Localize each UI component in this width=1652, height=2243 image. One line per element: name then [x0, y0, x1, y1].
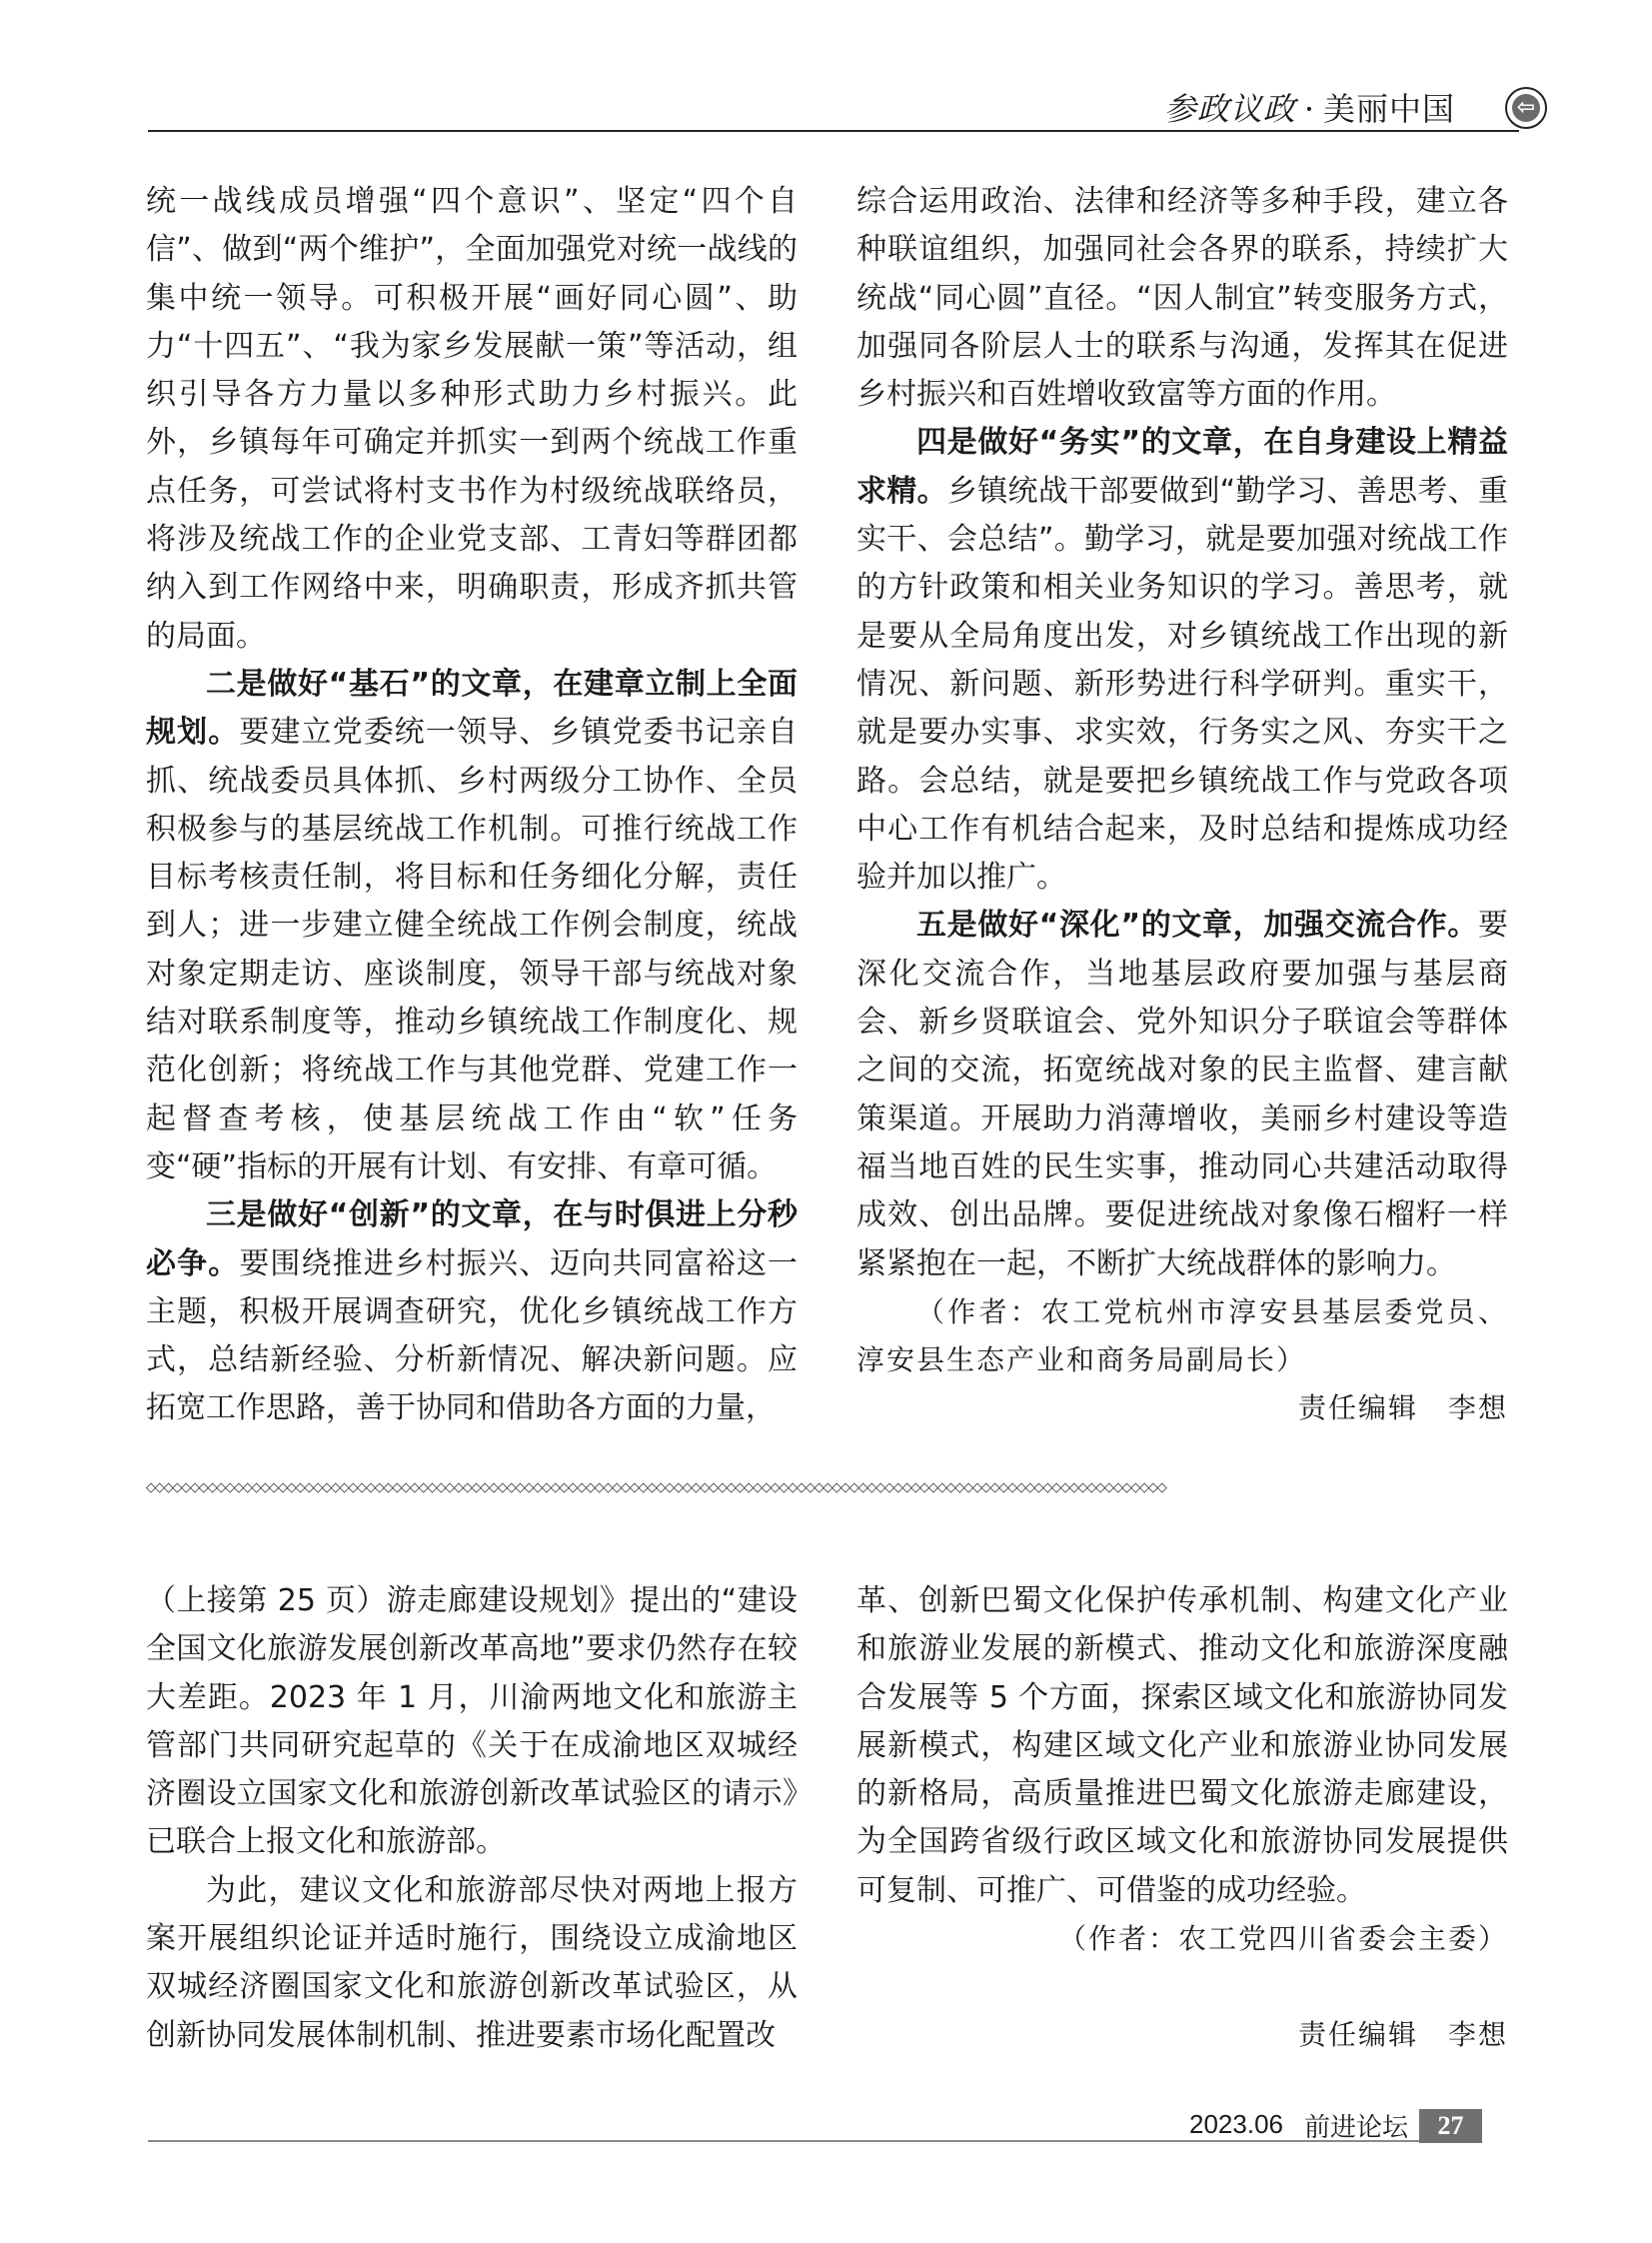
paragraph: （上接第 25 页）游走廊建设规划》提出的“建设全国文化旅游发展创新改革高地”要…: [146, 1577, 798, 1867]
article1-left-column: 统一战线成员增强“四个意识”、坚定“四个自信”、做到“两个维护”，全面加强党对统…: [146, 178, 798, 1433]
header-rule: [148, 130, 1519, 132]
article2-left-column: （上接第 25 页）游走廊建设规划》提出的“建设全国文化旅游发展创新改革高地”要…: [146, 1577, 798, 2060]
paragraph-lead: 五是做好“深化”的文章，加强交流合作。: [916, 908, 1478, 943]
header-section-name: 美丽中国: [1323, 90, 1455, 128]
paragraph-body: 要围绕推进乡村振兴、迈向共同富裕这一主题，积极开展调查研究，优化乡镇统战工作方式…: [146, 1246, 798, 1426]
paragraph-body: 要建立党委统一领导、乡镇党委书记亲自抓、统战委员具体抓、乡村两级分工协作、全员积…: [146, 715, 798, 1184]
issue-date: 2023.06: [1189, 2109, 1283, 2140]
author-byline: （作者：农工党四川省委会主委）: [856, 1915, 1508, 1963]
paragraph-with-lead: 五是做好“深化”的文章，加强交流合作。要深化交流合作，当地基层政府要加强与基层商…: [856, 902, 1508, 1287]
paragraph-with-lead: 二是做好“基石”的文章，在建章立制上全面规划。要建立党委统一领导、乡镇党委书记亲…: [146, 661, 798, 1191]
footer-rule: [148, 2140, 1420, 2142]
back-arrow-glyph: ⇦: [1512, 94, 1540, 122]
editor-label: 责任编辑: [1298, 2018, 1418, 2051]
paragraph-with-lead: 三是做好“创新”的文章，在与时俱进上分秒必争。要围绕推进乡村振兴、迈向共同富裕这…: [146, 1191, 798, 1432]
paragraph: 为此，建议文化和旅游部尽快对两地上报方案开展组织论证并适时施行，围绕设立成渝地区…: [146, 1867, 798, 2060]
paragraph: 统一战线成员增强“四个意识”、坚定“四个自信”、做到“两个维护”，全面加强党对统…: [146, 178, 798, 661]
page-number: 27: [1419, 2109, 1482, 2143]
back-arrow-circle-icon: ⇦: [1505, 87, 1547, 129]
header-column-name: 参政议政: [1164, 90, 1296, 128]
diamond-separator: ◇◇◇◇◇◇◇◇◇◇◇◇◇◇◇◇◇◇◇◇◇◇◇◇◇◇◇◇◇◇◇◇◇◇◇◇◇◇◇◇…: [146, 1481, 1505, 1495]
magazine-name: 前进论坛: [1304, 2107, 1408, 2144]
spacer: [856, 1963, 1508, 2011]
paragraph-with-lead: 四是做好“务实”的文章，在自身建设上精益求精。乡镇统战干部要做到“勤学习、善思考…: [856, 419, 1508, 902]
paragraph: 综合运用政治、法律和经济等多种手段，建立各种联谊组织，加强同社会各界的联系，持续…: [856, 178, 1508, 419]
responsible-editor: 责任编辑李想: [856, 1384, 1508, 1432]
article1-right-column: 综合运用政治、法律和经济等多种手段，建立各种联谊组织，加强同社会各界的联系，持续…: [856, 178, 1508, 1433]
paragraph: 革、创新巴蜀文化保护传承机制、构建文化产业和旅游业发展的新模式、推动文化和旅游深…: [856, 1577, 1508, 1915]
editor-label: 责任编辑: [1298, 1391, 1418, 1424]
editor-name: 李想: [1448, 2018, 1508, 2051]
editor-name: 李想: [1448, 1391, 1508, 1424]
running-header: 参政议政·美丽中国 ⇦: [148, 82, 1547, 134]
paragraph-body: 要深化交流合作，当地基层政府要加强与基层商会、新乡贤联谊会、党外知识分子联谊会等…: [856, 908, 1508, 1280]
author-byline: （作者：农工党杭州市淳安县基层委党员、淳安县生态产业和商务局副局长）: [856, 1288, 1508, 1385]
article2-right-column: 革、创新巴蜀文化保护传承机制、构建文化产业和旅游业发展的新模式、推动文化和旅游深…: [856, 1577, 1508, 2060]
responsible-editor: 责任编辑李想: [856, 2011, 1508, 2059]
header-separator: ·: [1304, 90, 1315, 128]
header-title: 参政议政·美丽中国: [1164, 84, 1455, 130]
paragraph-body: 乡镇统战干部要做到“勤学习、善思考、重实干、会总结”。勤学习，就是要加强对统战工…: [856, 474, 1508, 895]
